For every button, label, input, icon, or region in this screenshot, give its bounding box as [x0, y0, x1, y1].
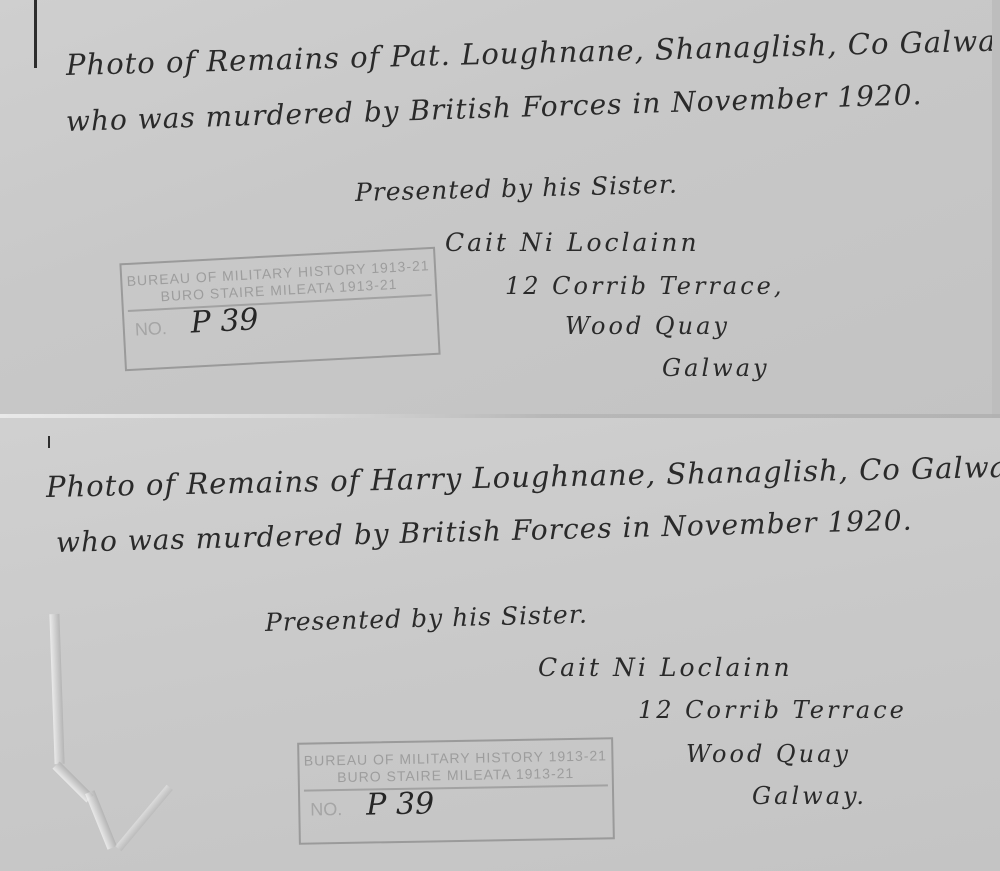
- address-line-1: 12 Corrib Terrace,: [505, 272, 784, 300]
- signature-name: Cait Ni Loclainn: [538, 653, 793, 682]
- presented-by-line: Presented by his Sister.: [265, 600, 589, 637]
- address-line-2: Wood Quay: [565, 312, 730, 340]
- margin-mark: [48, 436, 50, 448]
- address-line-1: 12 Corrib Terrace: [638, 696, 907, 724]
- archive-stamp: BUREAU OF MILITARY HISTORY 1913-21 BURO …: [297, 737, 615, 844]
- note-description-line: who was murdered by British Forces in No…: [56, 504, 913, 559]
- note-title-line: Photo of Remains of Harry Loughnane, Sha…: [46, 449, 1000, 504]
- stamp-number-label: NO.: [134, 320, 167, 339]
- paper-crease: [49, 614, 64, 764]
- address-line-3: Galway.: [752, 782, 867, 810]
- address-line-3: Galway: [662, 354, 770, 382]
- address-line-2: Wood Quay: [686, 740, 851, 768]
- signature-name: Cait Ni Loclainn: [445, 228, 700, 257]
- top-note-card: Photo of Remains of Pat. Loughnane, Shan…: [0, 0, 1000, 418]
- archive-stamp: BUREAU OF MILITARY HISTORY 1913-21 BURO …: [119, 247, 440, 371]
- margin-mark: [34, 0, 37, 68]
- note-title-line: Photo of Remains of Pat. Loughnane, Shan…: [66, 23, 1000, 82]
- stamp-number-value: P 39: [366, 795, 434, 813]
- paper-crease: [115, 785, 173, 851]
- paper-crease: [85, 790, 117, 849]
- note-description-line: who was murdered by British Forces in No…: [65, 78, 922, 138]
- bottom-note-card: Photo of Remains of Harry Loughnane, Sha…: [0, 418, 1000, 871]
- stamp-number-label: NO.: [310, 801, 342, 819]
- presented-by-line: Presented by his Sister.: [355, 170, 679, 207]
- stamp-number-value: P 39: [190, 311, 259, 332]
